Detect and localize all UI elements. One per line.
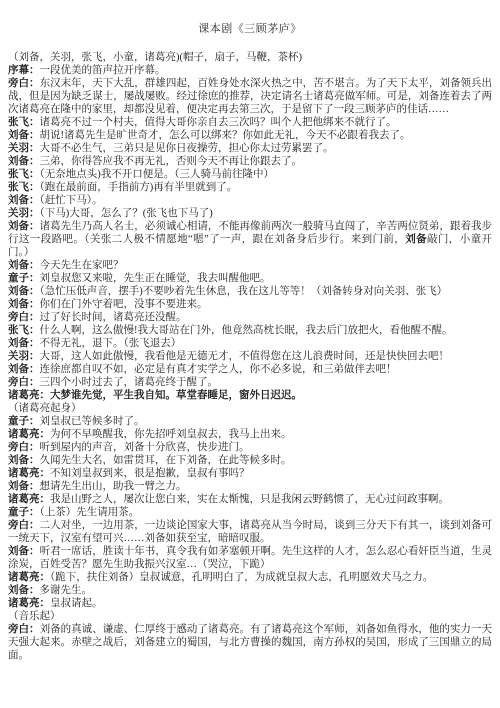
speaker-label: 诸葛亮： (8, 572, 50, 583)
script-line: 张飞：什么人啊，这么傲慢!我大哥站在门外，他竟然高枕长眠，我去后门放把火，看他醒… (8, 324, 492, 337)
script-line: 张飞：（无奈地点头)我不开口便是。（三人骑马前往隆中） (8, 168, 492, 181)
line-text: 久闻先生大名，如雷贯耳，在下刘备，在此等候多时。 (40, 455, 292, 466)
speaker-label: 旁白： (8, 312, 40, 323)
speaker-label: 关羽： (8, 208, 40, 219)
line-text: 一段优美的笛声拉开序幕。 (40, 65, 166, 76)
script-line: 刘备：你们在门外守着吧，没事不要进来。 (8, 298, 492, 311)
script-line: 张飞：诸葛亮不过一个村夫，值得大哥你亲自去三次吗？叫个人把他绑来不就行了。 (8, 116, 492, 129)
speaker-label: 张飞： (8, 182, 40, 193)
speaker-label: 序幕： (8, 65, 40, 76)
line-text: 我是山野之人，屡次让您白来，实在太惭愧，只是我闲云野鹤惯了，无心过问政事啊。 (50, 494, 449, 505)
line-text: 过了好长时间，诸葛亮还没醒。 (40, 312, 187, 323)
script-line: 刘备：三弟，你得答应我不再无礼，否则今天不再让你跟去了。 (8, 155, 492, 168)
script-line: 刘备：听君一席话，胜读十年书，真令我有如茅塞顿开啊。先生这样的人才，怎么忍心看奸… (8, 545, 492, 571)
speaker-label: 诸葛亮： (8, 390, 50, 401)
speaker-label: 刘备： (8, 286, 40, 297)
speaker-label: 刘备： (8, 338, 40, 349)
line-text: 东汉末年，天下大乱，群雄四起，百姓身处水深火热之中，苦不堪言。为了天下太平，刘备… (8, 78, 492, 115)
script-line: 刘备：多谢先生。 (8, 584, 492, 597)
line-text: （无奈地点头)我不开口便是。（三人骑马前往隆中） (40, 169, 275, 180)
line-text: （音乐起） (8, 611, 61, 622)
script-line: 关羽：大哥不必生气，三弟只是见你日夜操劳，担心你太过劳累罢了。 (8, 142, 492, 155)
line-text: 胡说!诸葛先生是旷世奇才，怎么可以绑来？你如此无礼，今天不必跟着我去了。 (40, 130, 411, 141)
script-line: 刘备：不得无礼，退下。（张飞退去） (8, 337, 492, 350)
line-text: 不得无礼，退下。（张飞退去） (40, 338, 182, 349)
script-line: 诸葛亮：为何不早唤醒我，你先招呼刘皇叔去，我马上出来。 (8, 428, 492, 441)
speaker-label: 关羽： (8, 351, 40, 362)
speaker-label: 刘备： (8, 481, 40, 492)
speaker-label: 旁白： (8, 78, 40, 89)
speaker-label: 刘备： (8, 299, 40, 310)
line-text: （跪下，扶住刘备）皇叔诚意，孔明明白了，为成就皇叔大志，孔明愿效犬马之力。 (50, 572, 433, 583)
speaker-label: 张飞： (8, 169, 40, 180)
speaker-label: 关羽： (8, 143, 40, 154)
line-text: 大哥不必生气，三弟只是见你日夜操劳，担心你太过劳累罢了。 (40, 143, 334, 154)
line-text: 二人对坐，一边用茶，一边谈论国家大事，诸葛亮从当今时局，谈到三分天下有其一，谈到… (8, 520, 492, 544)
script-line: 刘备：（急忙压低声音，摆手)不要吵着先生休息，我在这儿等等！（刘备转身对向关羽、… (8, 285, 492, 298)
script-line: 旁白：过了好长时间，诸葛亮还没醒。 (8, 311, 492, 324)
speaker-label: 童子： (8, 273, 40, 284)
doc-title: 课本剧《三顾茅庐》 (8, 20, 492, 36)
script-line: 诸葛亮：我是山野之人，屡次让您白来，实在太惭愧，只是我闲云野鹤惯了，无心过问政事… (8, 493, 492, 506)
speaker-label: 旁白： (8, 442, 40, 453)
script-line: （刘备，关羽，张飞，小童，诸葛亮)(帽子，扇子，马鞭，茶杯) (8, 51, 492, 64)
script-line: 刘备：久闻先生大名，如雷贯耳，在下刘备，在此等候多时。 (8, 454, 492, 467)
script-line: 旁白：二人对坐，一边用茶，一边谈论国家大事，诸葛亮从当今时局，谈到三分天下有其一… (8, 519, 492, 545)
script-line: 关羽：大哥，这人如此傲慢，我看他是无德无才，不值得您在这儿浪费时间，还是快快回去… (8, 350, 492, 363)
speaker-label: 刘备： (8, 455, 40, 466)
speaker-label: 刘备： (8, 260, 40, 271)
line-text: 为何不早唤醒我，你先招呼刘皇叔去，我马上出来。 (50, 429, 292, 440)
script-line: 旁白：听到屋内的声音，刘备十分欣喜，快步进门。 (8, 441, 492, 454)
speaker-label: 刘备： (8, 221, 40, 232)
line-text: 连徐庶都自叹不如，必定是有真才实学之人，你不必多说，和三弟做伴去吧！ (40, 364, 397, 375)
line-text: 多谢先生。 (40, 585, 93, 596)
speaker-label: 诸葛亮： (8, 494, 50, 505)
line-text: 刘备 (405, 234, 427, 245)
script-line: 序幕：一段优美的笛声拉开序幕。 (8, 64, 492, 77)
line-text: （刘备，关羽，张飞，小童，诸葛亮)(帽子，扇子，马鞭，茶杯) (8, 52, 302, 63)
line-text: （跑在最前面，手指前方)再有半里就到了。 (40, 182, 238, 193)
speaker-label: 旁白： (8, 377, 40, 388)
script-line: 旁白：三四个小时过去了，诸葛亮终于醒了。 (8, 376, 492, 389)
line-text: 皇叔请起。 (50, 598, 103, 609)
script-line: 旁白：刘备的真诚、谦虚、仁厚终于感动了诸葛亮。有了诸葛亮这个军师，刘备如鱼得水，… (8, 623, 492, 662)
line-text: 你们在门外守着吧，没事不要进来。 (40, 299, 208, 310)
line-text: 听到屋内的声音，刘备十分欣喜，快步进门。 (40, 442, 250, 453)
script-line: 旁白：东汉末年，天下大乱，群雄四起，百姓身处水深火热之中，苦不堪言。为了天下太平… (8, 77, 492, 116)
script-line: 张飞：（跑在最前面，手指前方)再有半里就到了。 (8, 181, 492, 194)
speaker-label: 旁白： (8, 520, 40, 531)
line-text: （急忙压低声音，摆手)不要吵着先生休息，我在这儿等等！（刘备转身对向关羽、张飞） (40, 286, 448, 297)
line-text: 今天先生在家吧？ (40, 260, 124, 271)
speaker-label: 刘备： (8, 195, 40, 206)
line-text: 大梦谁先觉，平生我自知。草堂春睡足，窗外日迟迟。 (50, 390, 302, 401)
script-line: 刘备：胡说!诸葛先生是旷世奇才，怎么可以绑来？你如此无礼，今天不必跟着我去了。 (8, 129, 492, 142)
line-text: （下马)大哥，怎么了？(张飞也下马了) (40, 208, 213, 219)
line-text: 想请先生出山，助我一臂之力。 (40, 481, 187, 492)
script-line: （音乐起） (8, 610, 492, 623)
script-line: 刘备：想请先生出山，助我一臂之力。 (8, 480, 492, 493)
script-line: 诸葛亮：（跪下，扶住刘备）皇叔诚意，孔明明白了，为成就皇叔大志，孔明愿效犬马之力… (8, 571, 492, 584)
speaker-label: 刘备： (8, 585, 40, 596)
script-line: 诸葛亮：大梦谁先觉，平生我自知。草堂春睡足，窗外日迟迟。 (8, 389, 492, 402)
script-line: 诸葛亮：皇叔请起。 (8, 597, 492, 610)
script-body: （刘备，关羽，张飞，小童，诸葛亮)(帽子，扇子，马鞭，茶杯)序幕：一段优美的笛声… (8, 51, 492, 662)
script-line: 刘备：连徐庶都自叹不如，必定是有真才实学之人，你不必多说，和三弟做伴去吧！ (8, 363, 492, 376)
document-page: 课本剧《三顾茅庐》 （刘备，关羽，张飞，小童，诸葛亮)(帽子，扇子，马鞭，茶杯)… (0, 0, 500, 708)
speaker-label: 诸葛亮： (8, 598, 50, 609)
line-text: 三四个小时过去了，诸葛亮终于醒了。 (40, 377, 219, 388)
script-line: 诸葛亮：不知刘皇叔到来，很是抱歉，皇叔有事吗？ (8, 467, 492, 480)
line-text: 三弟，你得答应我不再无礼，否则今天不再让你跟去了。 (40, 156, 303, 167)
speaker-label: 刘备： (8, 364, 40, 375)
script-line: 刘备：（赶忙下马）。 (8, 194, 492, 207)
script-line: （诸葛亮起身） (8, 402, 492, 415)
script-line: 刘备：今天先生在家吧？ (8, 259, 492, 272)
script-line: 童子：刘皇叔您又来啦，先生正在睡觉，我去叫醒他吧。 (8, 272, 492, 285)
speaker-label: 刘备： (8, 130, 40, 141)
speaker-label: 童子： (8, 507, 40, 518)
speaker-label: 张飞： (8, 117, 40, 128)
speaker-label: 诸葛亮： (8, 468, 50, 479)
line-text: （诸葛亮起身） (8, 403, 82, 414)
line-text: 刘皇叔您又来啦，先生正在睡觉，我去叫醒他吧。 (40, 273, 271, 284)
script-line: 童子：刘皇叔已等候多时了。 (8, 415, 492, 428)
line-text: 什么人啊，这么傲慢!我大哥站在门外，他竟然高枕长眠，我去后门放把火，看他醒不醒。 (40, 325, 453, 336)
script-line: 童子：（上茶）先生请用茶。 (8, 506, 492, 519)
line-text: 诸葛亮不过一个村夫，值得大哥你亲自去三次吗？叫个人把他绑来不就行了。 (40, 117, 397, 128)
line-text: （上茶）先生请用茶。 (40, 507, 140, 518)
speaker-label: 刘备： (8, 156, 40, 167)
speaker-label: 刘备： (8, 546, 40, 557)
script-line: 关羽：（下马)大哥，怎么了？(张飞也下马了) (8, 207, 492, 220)
line-text: 不知刘皇叔到来，很是抱歉，皇叔有事吗？ (50, 468, 250, 479)
speaker-label: 旁白： (8, 624, 40, 635)
speaker-label: 童子： (8, 416, 40, 427)
speaker-label: 张飞： (8, 325, 40, 336)
line-text: 刘皇叔已等候多时了。 (40, 416, 145, 427)
line-text: （赶忙下马）。 (40, 195, 103, 206)
line-text: 刘备的真诚、谦虚、仁厚终于感动了诸葛亮。有了诸葛亮这个军师，刘备如鱼得水，他的实… (8, 624, 492, 661)
speaker-label: 诸葛亮： (8, 429, 50, 440)
script-line: 刘备：诸葛先生乃高人名士，必须诚心相请，不能再像前两次一般骑马直闯了，辛苦两位贤… (8, 220, 492, 259)
line-text: 听君一席话，胜读十年书，真令我有如茅塞顿开啊。先生这样的人才，怎么忍心看奸臣当道… (8, 546, 492, 570)
line-text: 大哥，这人如此傲慢，我看他是无德无才，不值得您在这儿浪费时间，还是快快回去吧！ (40, 351, 450, 362)
